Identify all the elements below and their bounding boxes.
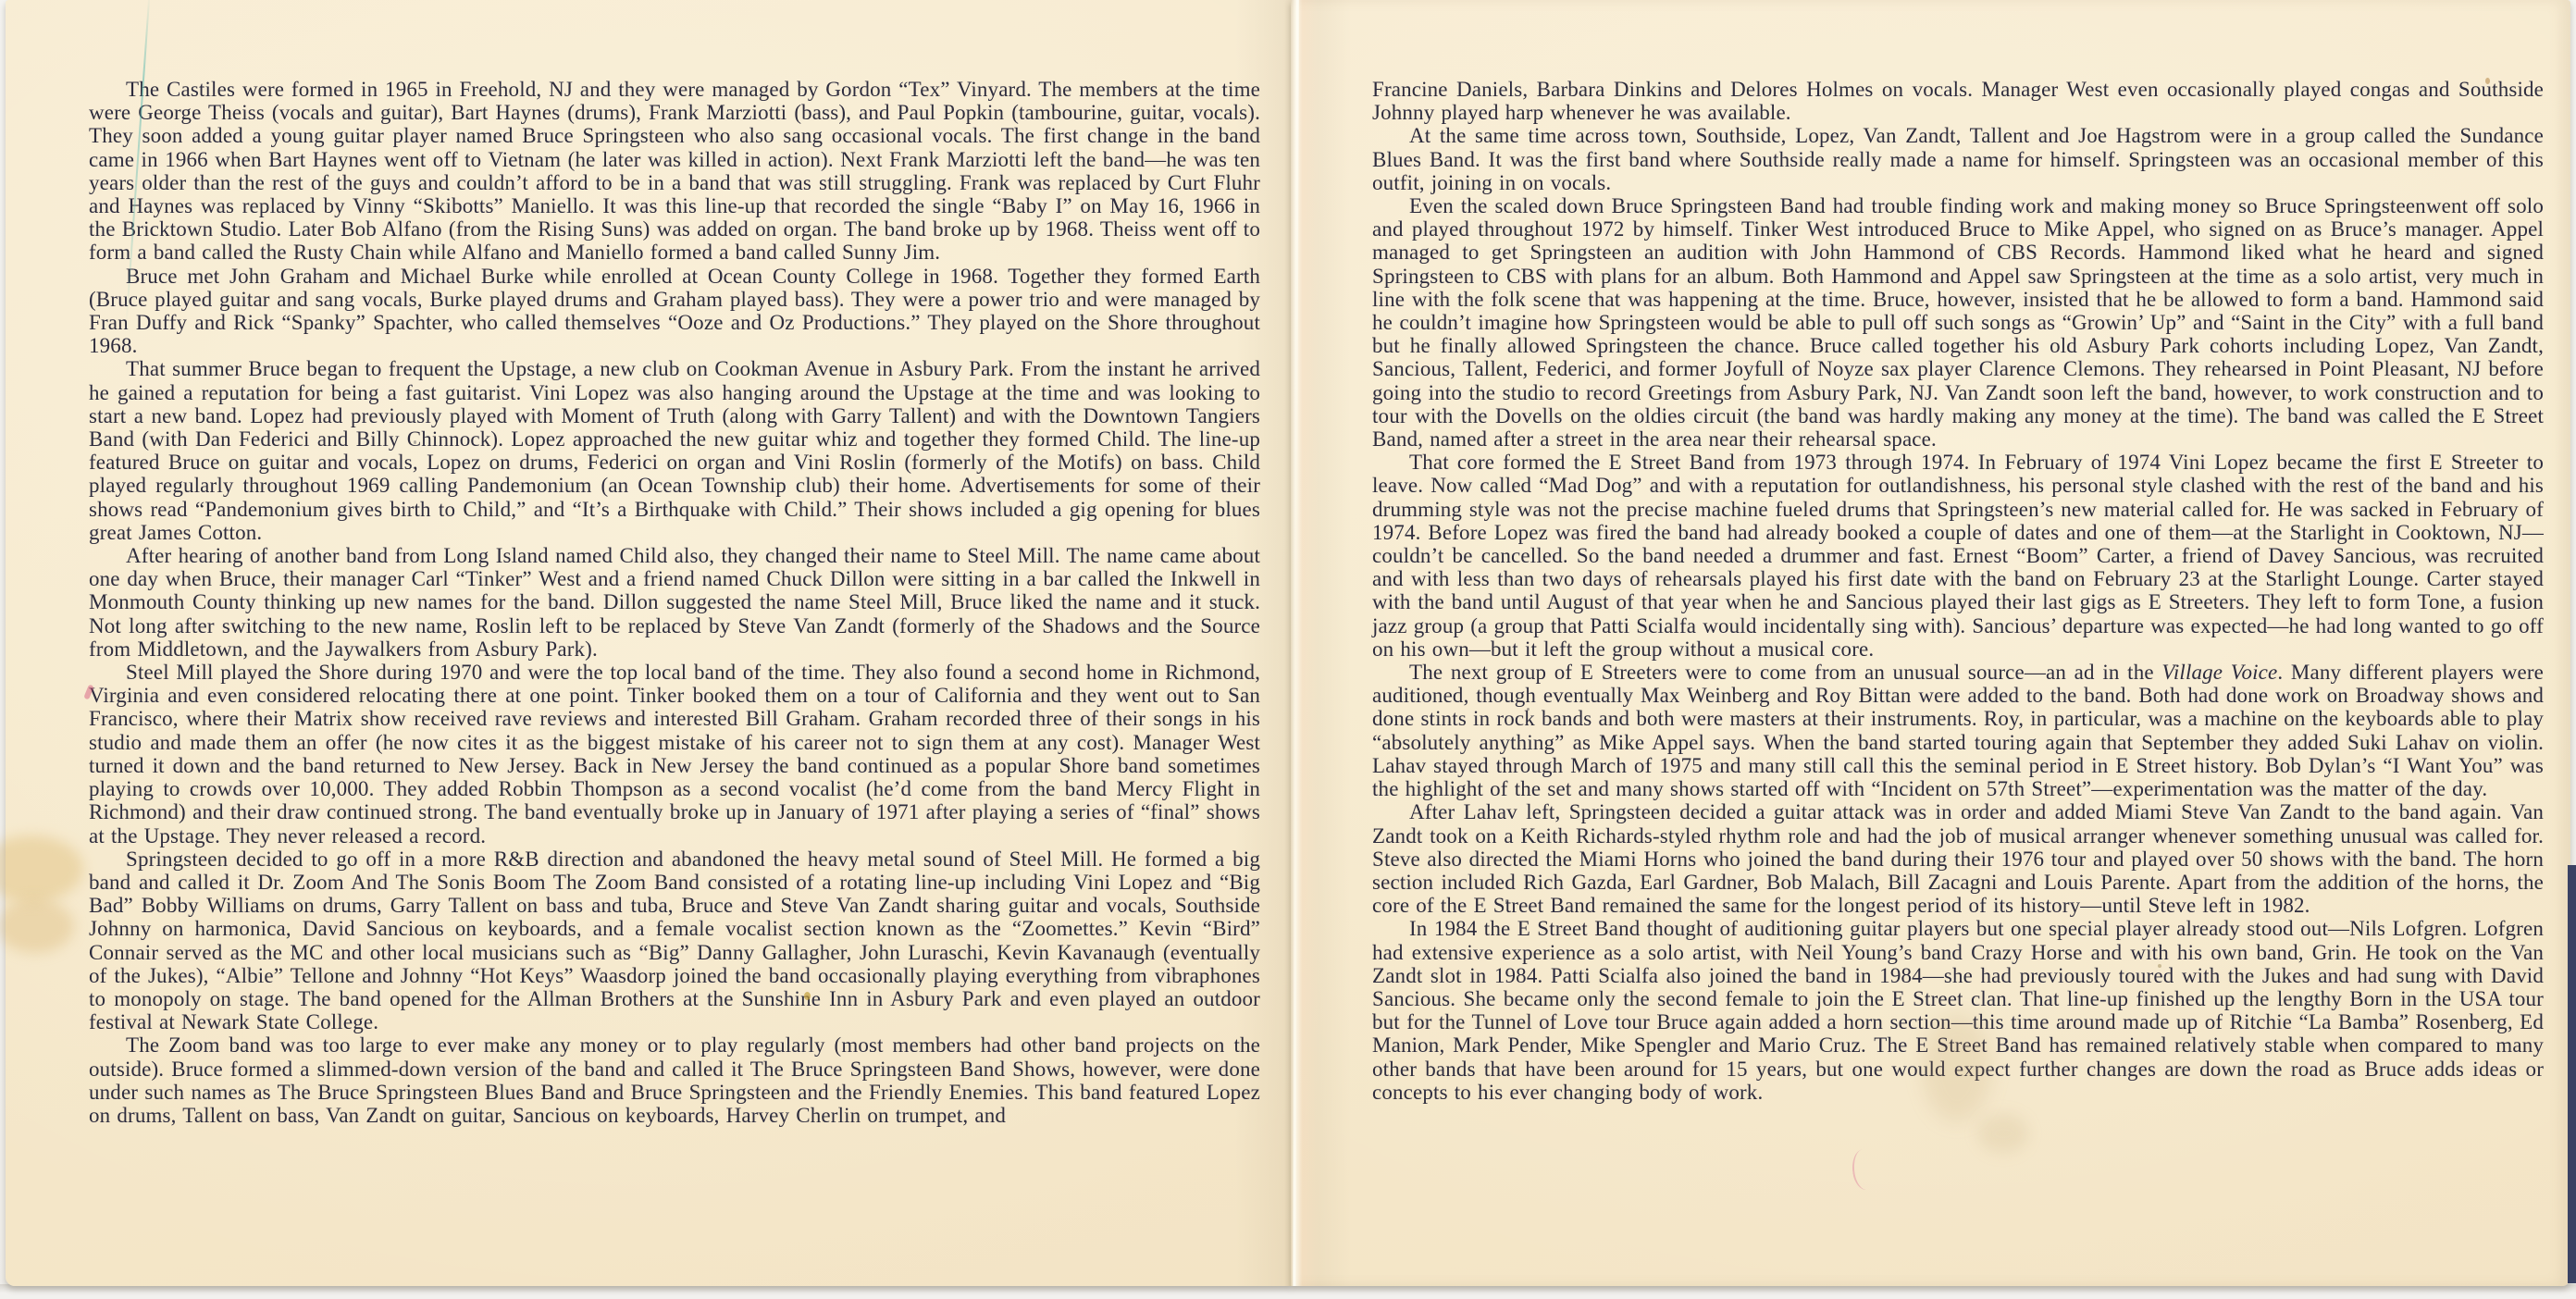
paragraph-solo-cbs-estreet: Even the scaled down Bruce Springsteen B… xyxy=(1372,194,2544,451)
page-left: The Castiles were formed in 1965 in Free… xyxy=(6,0,1291,1286)
booklet-spread-scan: The Castiles were formed in 1965 in Free… xyxy=(0,0,2576,1299)
paragraph-earth: Bruce met John Graham and Michael Burke … xyxy=(89,265,1260,358)
scanner-bed-bottom xyxy=(0,1284,2576,1299)
paragraph-1984-lofgren-scialfa: In 1984 the E Street Band thought of aud… xyxy=(1372,917,2544,1104)
paragraph-bruce-springsteen-band: The Zoom band was too large to ever make… xyxy=(89,1033,1260,1127)
paragraph-lopez-carter: That core formed the E Street Band from … xyxy=(1372,451,2544,661)
paragraph-steel-mill-1970: Steel Mill played the Shore during 1970 … xyxy=(89,661,1260,847)
paragraph-band-continued: Francine Daniels, Barbara Dinkins and De… xyxy=(1372,78,2544,124)
paragraph-steel-mill-name: After hearing of another band from Long … xyxy=(89,544,1260,661)
booklet-edge-strip xyxy=(2568,865,2576,1283)
paragraph-upstage-child: That summer Bruce began to frequent the … xyxy=(89,357,1260,544)
page-right: Francine Daniels, Barbara Dinkins and De… xyxy=(1291,0,2570,1286)
paragraph-miami-steve-horns: After Lahav left, Springsteen decided a … xyxy=(1372,800,2544,917)
right-page-text-column: Francine Daniels, Barbara Dinkins and De… xyxy=(1372,78,2544,1104)
paragraph-dr-zoom: Springsteen decided to go off in a more … xyxy=(89,847,1260,1034)
paragraph-sundance-blues: At the same time across town, Southside,… xyxy=(1372,124,2544,194)
paragraph-weinberg-bittan: The next group of E Streeters were to co… xyxy=(1372,661,2544,800)
paragraph-castiles: The Castiles were formed in 1965 in Free… xyxy=(89,78,1260,265)
left-page-text-column: The Castiles were formed in 1965 in Free… xyxy=(89,78,1260,1127)
